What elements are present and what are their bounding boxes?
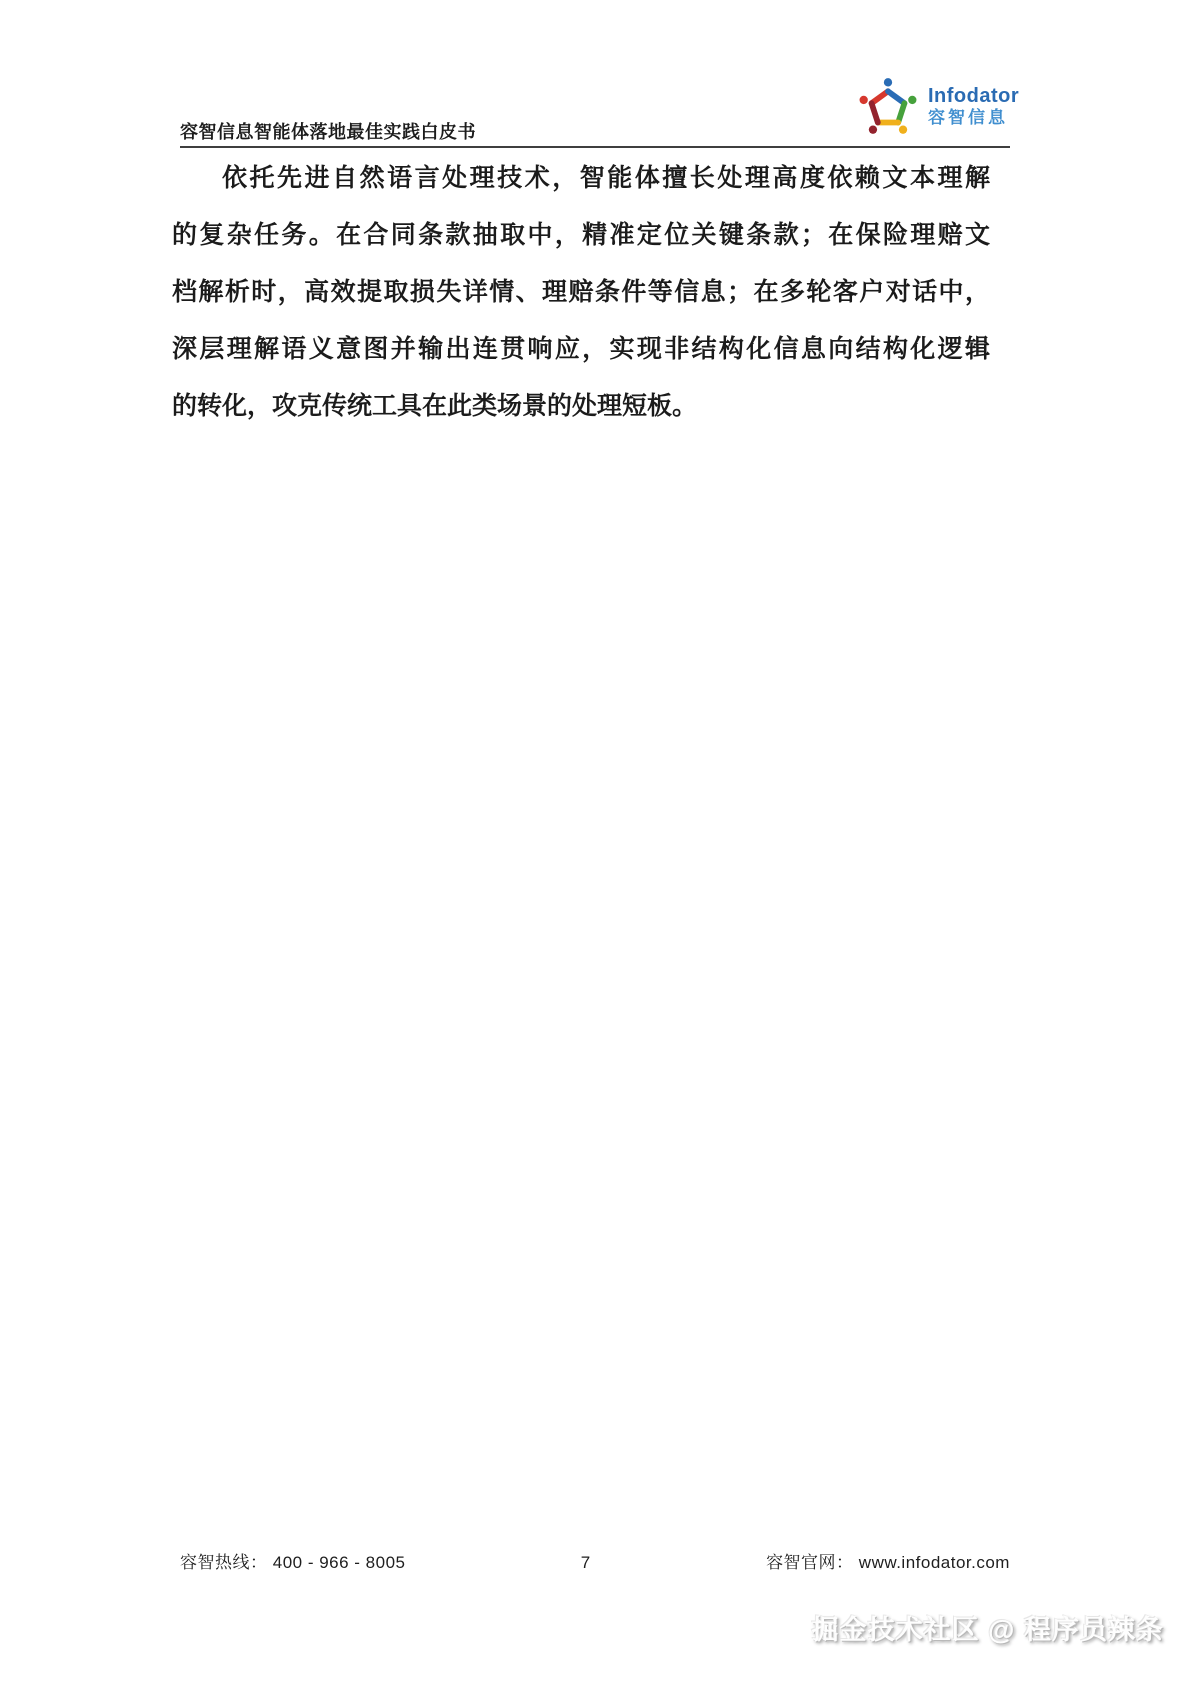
paragraph-line: 深层理解语义意图并输出连贯响应，实现非结构化信息向结构化逻辑	[172, 321, 990, 378]
body-paragraph: 依托先进自然语言处理技术，智能体擅长处理高度依赖文本理解 的复杂任务。在合同条款…	[172, 150, 990, 435]
footer-website-label: 容智官网：	[766, 1553, 854, 1572]
footer-website-url: www.infodator.com	[859, 1553, 1010, 1572]
page-header-title: 容智信息智能体落地最佳实践白皮书	[180, 118, 476, 144]
infodator-pentagon-people-icon	[856, 74, 920, 138]
paragraph-line: 的转化，攻克传统工具在此类场景的处理短板。	[172, 378, 990, 435]
page-footer: 容智热线： 400 - 966 - 8005 7 容智官网： www.infod…	[180, 1548, 1010, 1573]
page-number: 7	[581, 1553, 591, 1573]
brand-name-zh: 容智信息	[928, 109, 1019, 128]
footer-website: 容智官网： www.infodator.com	[766, 1548, 1010, 1573]
footer-hotline: 容智热线： 400 - 966 - 8005	[180, 1548, 406, 1573]
infodator-logo: Infodator 容智信息	[856, 74, 1019, 138]
paragraph-line: 依托先进自然语言处理技术，智能体擅长处理高度依赖文本理解	[172, 150, 990, 207]
header-divider-rule	[180, 146, 1010, 148]
logo-text: Infodator 容智信息	[928, 85, 1019, 128]
watermark-text: 掘金技术社区 @ 程序员辣条	[812, 1608, 1164, 1647]
brand-name-en: Infodator	[928, 85, 1019, 107]
footer-hotline-number: 400 - 966 - 8005	[273, 1553, 406, 1572]
paragraph-line: 的复杂任务。在合同条款抽取中，精准定位关键条款；在保险理赔文	[172, 207, 990, 264]
paragraph-line: 档解析时，高效提取损失详情、理赔条件等信息；在多轮客户对话中，	[172, 264, 990, 321]
document-page: 容智信息智能体落地最佳实践白皮书 Infodator 容智信息	[0, 0, 1190, 1682]
footer-hotline-label: 容智热线：	[180, 1553, 268, 1572]
